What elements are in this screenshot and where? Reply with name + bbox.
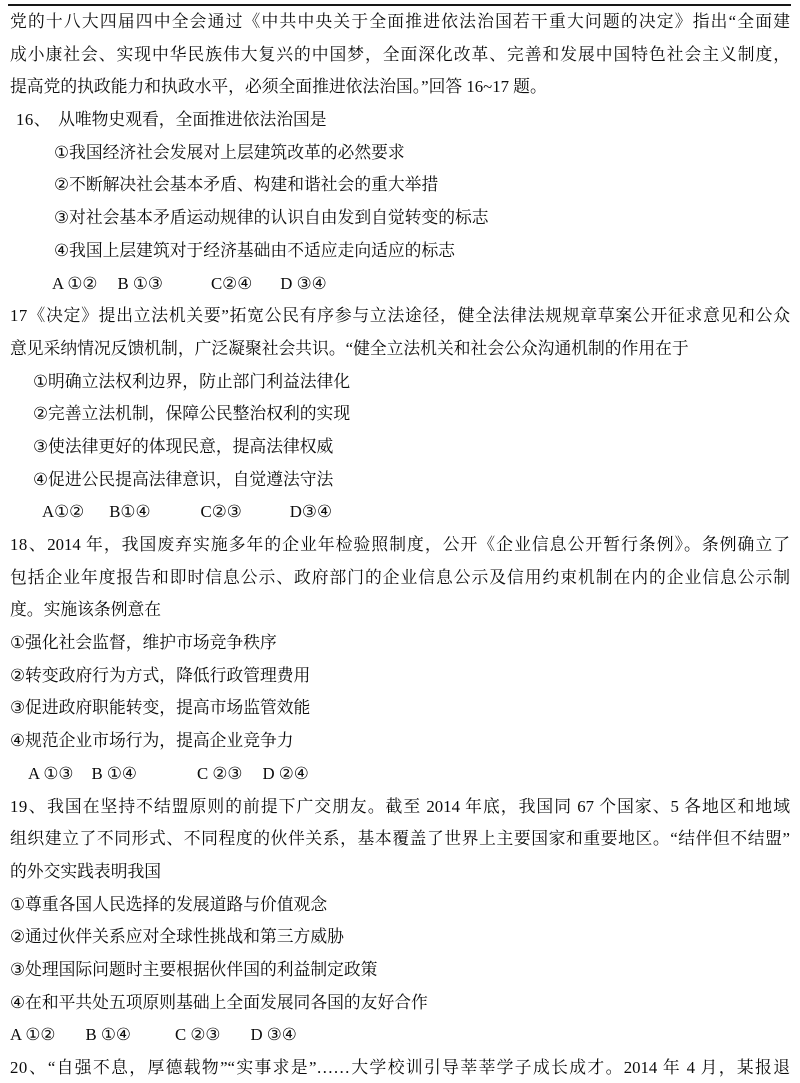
question-stem-line: 《决定》提出立法机关要”拓宽公民有序参与立法途径，健全法律法规规章草案公开征求意… (28, 306, 790, 325)
choice-item: C②④ (211, 274, 252, 293)
question-header: 17《决定》提出立法机关要”拓宽公民有序参与立法途径，健全法律法规规章草案公开征… (0, 300, 800, 333)
choice-item: B ①④ (85, 1025, 130, 1044)
question-number: 16、 (16, 110, 51, 129)
choice-item: B ①③ (117, 274, 162, 293)
option-item: ①明确立法权利边界，防止部门利益法律化 (0, 366, 800, 399)
option-item: ④我国上层建筑对于经济基础由不适应走向适应的标志 (0, 235, 800, 268)
choice-item: D③④ (290, 502, 332, 521)
option-item: ②转变政府行为方式，降低行政管理费用 (0, 660, 800, 693)
option-item: ②通过伙伴关系应对全球性挑战和第三方威胁 (0, 921, 800, 954)
choice-item: A ①② (10, 1025, 55, 1044)
answer-choices-row: A ①②B ①④C ②③D ③④ (0, 1019, 800, 1052)
option-item: ③使法律更好的体现民意，提高法律权威 (0, 431, 800, 464)
choice-item: C ②③ (197, 764, 242, 783)
option-item: ③处理国际问题时主要根据伙伴国的利益制定政策 (0, 954, 800, 987)
exam-page: 党的十八大四届四中全会通过《中共中央关于全面推进依法治国若干重大问题的决定》指出… (0, 0, 800, 1083)
option-item: ④促进公民提高法律意识，自觉遵法守法 (0, 464, 800, 497)
option-item: ④在和平共处五项原则基础上全面发展同各国的友好合作 (0, 987, 800, 1020)
option-item: ②不断解决社会基本矛盾、构建和谐社会的重大举措 (0, 169, 800, 202)
answer-choices-row: A ①③B ①④C ②③D ②④ (0, 758, 800, 791)
choice-item: D ②④ (262, 764, 308, 783)
choice-item: A ①② (52, 274, 97, 293)
question-16: 16、从唯物史观看，全面推进依法治国是 ①我国经济社会发展对上层建筑改革的必然要… (0, 104, 800, 300)
answer-choices-row: A ①②B ①③C②④D ③④ (0, 268, 800, 301)
answer-choices-row: A①②B①④C②③D③④ (0, 496, 800, 529)
choice-item: C ②③ (175, 1025, 220, 1044)
option-item: ②完善立法机制，保障公民整治权利的实现 (0, 398, 800, 431)
question-stem-line: 组织建立了不同形式、不同程度的伙伴关系，基本覆盖了世界上主要国家和重要地区。“结… (0, 823, 800, 856)
question-17: 17《决定》提出立法机关要”拓宽公民有序参与立法途径，健全法律法规规章草案公开征… (0, 300, 800, 529)
question-header: 18、2014 年，我国废弃实施多年的企业年检验照制度，公开《企业信息公开暂行条… (0, 529, 800, 562)
question-stem-line: 度。实施该条例意在 (0, 594, 800, 627)
intro-line: 提高党的执政能力和执政水平，必须全面推进依法治国。”回答 16~17 题。 (0, 71, 800, 104)
intro-line: 党的十八大四届四中全会通过《中共中央关于全面推进依法治国若干重大问题的决定》指出… (0, 6, 800, 39)
question-number: 17 (10, 306, 28, 325)
question-stem-line: 包括企业年度报告和即时信息公示、政府部门的企业信息公示及信用约束机制在内的企业信… (0, 562, 800, 595)
question-header: 19、我国在坚持不结盟原则的前提下广交朋友。截至 2014 年底，我国同 67 … (0, 791, 800, 824)
choice-item: C②③ (201, 502, 242, 521)
option-item: ①尊重各国人民选择的发展道路与价值观念 (0, 889, 800, 922)
question-stem-line: 2014 年，我国废弃实施多年的企业年检验照制度，公开《企业信息公开暂行条例》。… (47, 535, 790, 554)
option-item: ③对社会基本矛盾运动规律的认识自由发到自觉转变的标志 (0, 202, 800, 235)
question-19: 19、我国在坚持不结盟原则的前提下广交朋友。截至 2014 年底，我国同 67 … (0, 791, 800, 1053)
question-number: 19、 (10, 797, 47, 816)
intro-paragraph: 党的十八大四届四中全会通过《中共中央关于全面推进依法治国若干重大问题的决定》指出… (0, 6, 800, 104)
question-18: 18、2014 年，我国废弃实施多年的企业年检验照制度，公开《企业信息公开暂行条… (0, 529, 800, 791)
question-stem-line: 的外交实践表明我国 (0, 856, 800, 889)
choice-item: A ①③ (28, 764, 73, 783)
question-stem-line: 从唯物史观看，全面推进依法治国是 (58, 110, 327, 129)
question-header: 16、从唯物史观看，全面推进依法治国是 (0, 104, 800, 137)
choice-item: D ③④ (280, 274, 326, 293)
question-20: 20、“自强不息，厚德载物”“实事求是”……大学校训引导莘莘学子成长成才。201… (0, 1052, 800, 1083)
choice-item: B ①④ (91, 764, 136, 783)
option-item: ③促进政府职能转变，提高市场监管效能 (0, 692, 800, 725)
choice-item: B①④ (109, 502, 150, 521)
option-item: ④规范企业市场行为，提高企业竞争力 (0, 725, 800, 758)
question-stem-line: 意见采纳情况反馈机制，广泛凝聚社会共识。“健全立法机关和社会公众沟通机制的作用在… (0, 333, 800, 366)
question-stem-line: “自强不息，厚德载物”“实事求是”……大学校训引导莘莘学子成长成才。2014 年… (48, 1058, 790, 1077)
option-item: ①我国经济社会发展对上层建筑改革的必然要求 (0, 137, 800, 170)
question-number: 18、 (10, 535, 47, 554)
intro-line: 成小康社会、实现中华民族伟大复兴的中国梦，全面深化改革、完善和发展中国特色社会主… (0, 39, 800, 72)
choice-item: A①② (42, 502, 84, 521)
choice-item: D ③④ (250, 1025, 296, 1044)
option-item: ①强化社会监督，维护市场竞争秩序 (0, 627, 800, 660)
question-stem-line: 我国在坚持不结盟原则的前提下广交朋友。截至 2014 年底，我国同 67 个国家… (47, 797, 790, 816)
question-number: 20、 (10, 1058, 48, 1077)
question-header: 20、“自强不息，厚德载物”“实事求是”……大学校训引导莘莘学子成长成才。201… (0, 1052, 800, 1083)
